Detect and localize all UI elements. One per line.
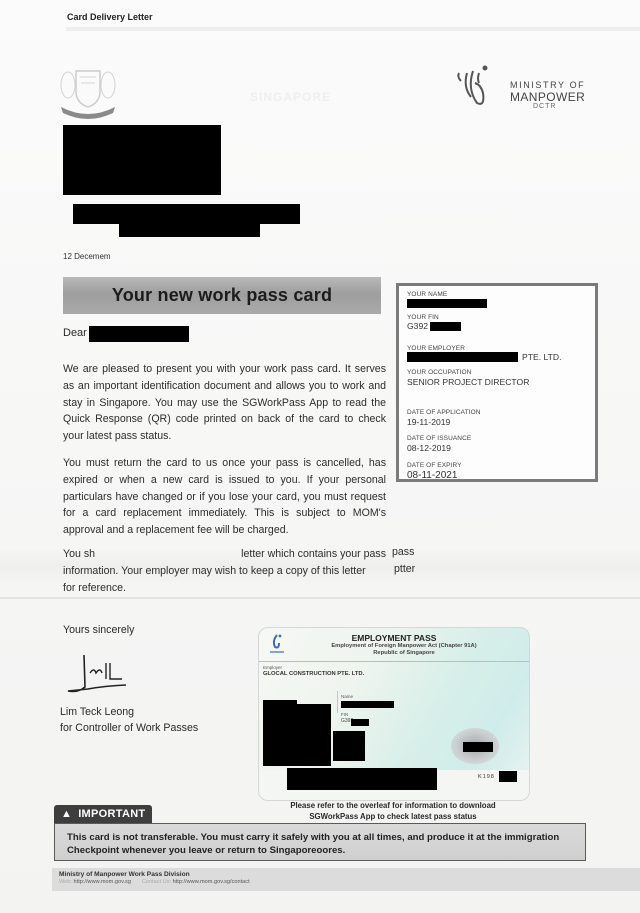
expiry-date-label: DATE OF EXPIRY [407,462,462,469]
fold-line [0,597,640,599]
important-tab-label: IMPORTANT [78,808,145,820]
sign-off: Yours sincerely [63,624,134,636]
salutation: Dear [63,327,87,339]
card-note-line: SGWorkPass App to check latest pass stat… [258,811,528,822]
misprint-fragment: ptter [394,563,415,575]
pass-details-box: YOUR NAME YOUR FIN G392 YOUR EMPLOYER PT… [396,283,598,482]
paragraph-fragment: letter which contains your pass [241,546,386,563]
card-subtitle-country: Republic of Singapore [279,650,529,656]
paragraph-intro: We are pleased to present you with your … [63,361,386,445]
singapore-coat-of-arms-icon [57,63,119,119]
card-serial: K198 [478,774,495,780]
ministry-logo-line2: MANPOWER [510,90,585,104]
header-rule [66,27,640,31]
application-date-value: 19-11-2019 [407,417,450,427]
card-note-line: Please refer to the overleaf for informa… [258,800,528,811]
footer-band: Ministry of Manpower Work Pass Division … [52,868,640,891]
mom-figure-logo-icon [455,63,495,111]
footer-division: Ministry of Manpower Work Pass Division [59,871,640,878]
title-banner: Your new work pass card [63,277,381,314]
occupation-value: SENIOR PROJECT DIRECTOR [407,377,529,387]
card-note: Please refer to the overleaf for informa… [258,800,528,822]
document-label: Card Delivery Letter [67,12,153,22]
application-date-label: DATE OF APPLICATION [407,409,481,416]
redacted-employer [407,352,518,362]
redacted-recipient-name [89,326,189,342]
footer-links: Web: http://www.mom.gov.sg Contact Us: h… [59,879,640,885]
salutation-text: Dear [63,327,87,339]
fin-value: G392 [407,321,428,331]
card-title: EMPLOYMENT PASS [259,633,529,643]
occupation-label: YOUR OCCUPATION [407,369,471,376]
footer-web-label: Web: [59,879,72,885]
redacted-name [407,299,487,308]
issuance-date-label: DATE OF ISSUANCE [407,435,471,442]
redacted-photo [295,704,331,766]
footer-web-link[interactable]: http://www.mom.gov.sg [74,879,131,885]
letter-date: 12 Decemem [63,252,111,261]
card-subtitle-act: Employment of Foreign Manpower Act (Chap… [279,643,529,649]
paragraph-fragment: You sh [63,546,95,563]
paragraph-line: for reference. [63,580,386,597]
signer-block: Lim Teck Leong for Controller of Work Pa… [60,704,198,736]
redacted-photo [263,700,297,766]
watermark-text: SINGAPORE [250,90,331,104]
card-employer-value: GLOCAL CONSTRUCTION PTE. LTD. [263,671,364,677]
redacted-card-field [333,731,365,761]
redacted-address-block [63,125,221,195]
ministry-logo-line1: MINISTRY OF [510,80,585,90]
expiry-date-value: 08-11-2021 [407,470,457,481]
paragraph-return-card: You must return the card to us once your… [63,455,386,539]
signer-title: for Controller of Work Passes [60,720,198,736]
paragraph-keep-letter: You sh letter which contains your pass i… [63,546,386,596]
redacted-card-fin [351,719,369,726]
signature-image [64,653,126,695]
redacted-serial [499,771,517,782]
card-header-rule [259,661,529,662]
important-tab: ▲ IMPORTANT [54,805,152,823]
fin-label: YOUR FIN [407,314,439,321]
issuance-date-value: 08-12-2019 [407,443,451,453]
name-label: YOUR NAME [407,291,447,298]
employer-suffix: PTE. LTD. [522,352,561,362]
page-title: Your new work pass card [112,285,332,306]
redacted-card-name [341,701,394,708]
employment-pass-card: EMPLOYMENT PASS Employment of Foreign Ma… [258,627,530,801]
important-notice: This card is not transferable. You must … [54,823,586,861]
misprint-fragment: pass [392,546,414,558]
warning-triangle-icon: ▲ [61,808,72,820]
card-name-label: Name [341,694,353,699]
footer-contact-label: Contact Us: [142,879,171,885]
ministry-logo-line3: DCTR [533,103,556,110]
footer-contact-link[interactable]: http://www.mom.gov.sg/contact [173,879,250,885]
ministry-logo: MINISTRY OF MANPOWER DCTR [455,63,625,111]
redacted-machine-readable [287,768,437,790]
card-fin-label: FIN [341,712,348,717]
card-employer-label: Employer [263,665,282,670]
signer-name: Lim Teck Leong [60,704,198,720]
redacted-address-line [119,220,260,237]
card-divider [337,691,338,713]
employer-label: YOUR EMPLOYER [407,345,465,352]
paragraph-line: information. Your employer may wish to k… [63,563,386,580]
redacted-hologram-text [463,742,493,752]
redacted-fin [430,322,461,331]
